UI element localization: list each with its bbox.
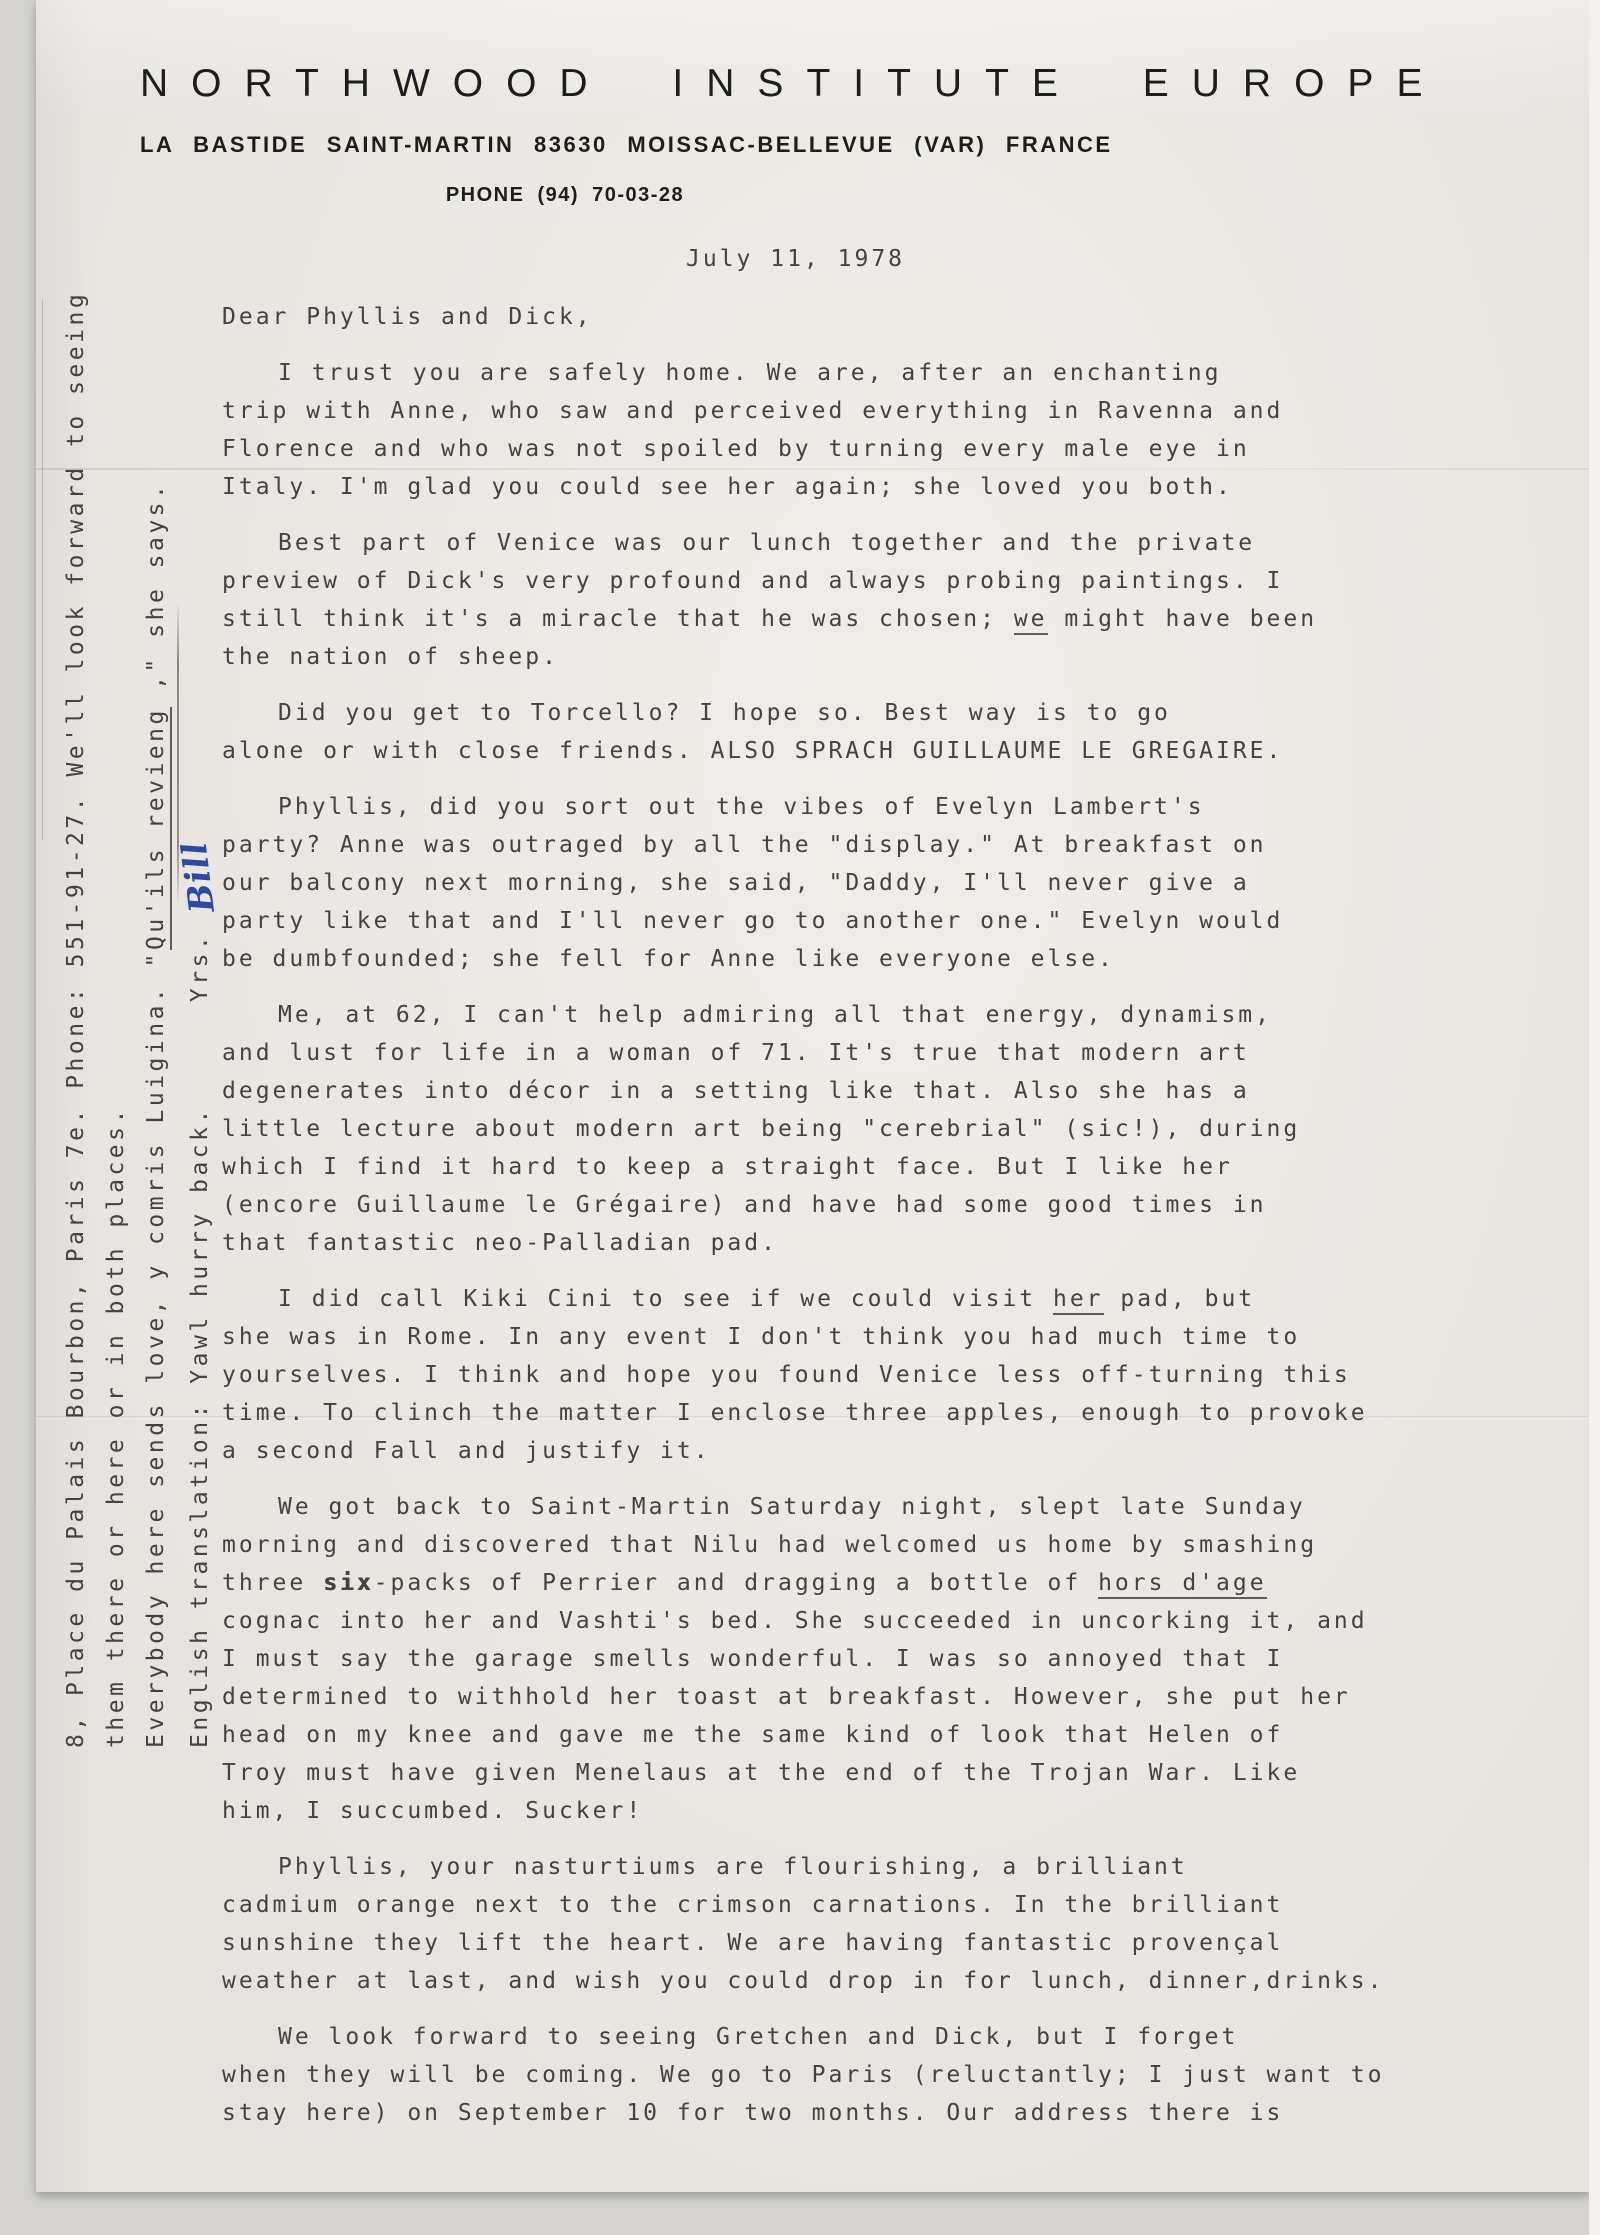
letter-line: We look forward to seeing Gretchen and D… [222,2018,1552,2056]
letter-line: which I find it hard to keep a straight … [222,1148,1552,1186]
letter-line: Best part of Venice was our lunch togeth… [222,524,1552,562]
letter-body: Dear Phyllis and Dick, I trust you are s… [222,298,1552,2132]
paragraph: Me, at 62, I can't help admiring all tha… [222,996,1552,1262]
letterhead: NORTHWOOD INSTITUTE EUROPE LA BASTIDE SA… [140,62,990,207]
letter-line: trip with Anne, who saw and perceived ev… [222,392,1552,430]
letter-line: that fantastic neo-Palladian pad. [222,1224,1552,1262]
letter-line: We got back to Saint-Martin Saturday nig… [222,1488,1552,1526]
handwritten-signature: Bill [175,839,223,915]
letter-line: determined to withhold her toast at brea… [222,1678,1552,1716]
paragraph: Did you get to Torcello? I hope so. Best… [222,694,1552,770]
salutation: Dear Phyllis and Dick, [222,298,1552,336]
paragraph: Phyllis, did you sort out the vibes of E… [222,788,1552,978]
letter-line: Florence and who was not spoiled by turn… [222,430,1552,468]
letter-line: preview of Dick's very profound and alwa… [222,562,1552,600]
letter-line: him, I succumbed. Sucker! [222,1792,1552,1830]
letter-line: cognac into her and Vashti's bed. She su… [222,1602,1552,1640]
letter-line: be dumbfounded; she fell for Anne like e… [222,940,1552,978]
paragraph: I did call Kiki Cini to see if we could … [222,1280,1552,1470]
letter-line: still think it's a miracle that he was c… [222,600,1552,638]
letter-line: a second Fall and justify it. [222,1432,1552,1470]
letter-line: Italy. I'm glad you could see her again;… [222,468,1552,506]
letter-line: degenerates into décor in a setting like… [222,1072,1552,1110]
letter-line: I must say the garage smells wonderful. … [222,1640,1552,1678]
letter-line: morning and discovered that Nilu had wel… [222,1526,1552,1564]
letter-line: Me, at 62, I can't help admiring all tha… [222,996,1552,1034]
paragraph: We got back to Saint-Martin Saturday nig… [222,1488,1552,1830]
paragraph: Phyllis, your nasturtiums are flourishin… [222,1848,1552,2000]
letter-line: cadmium orange next to the crimson carna… [222,1886,1552,1924]
letter-line: stay here) on September 10 for two month… [222,2094,1552,2132]
letter-line: she was in Rome. In any event I don't th… [222,1318,1552,1356]
letter-line: I trust you are safely home. We are, aft… [222,354,1552,392]
paragraph: I trust you are safely home. We are, aft… [222,354,1552,506]
paper-right-edge [1589,0,1600,2235]
letter-line: I did call Kiki Cini to see if we could … [222,1280,1552,1318]
letter-line: Did you get to Torcello? I hope so. Best… [222,694,1552,732]
letter-scan: { "letterhead": { "org_name": "NORTHWOOD… [0,0,1600,2235]
letter-line: sunshine they lift the heart. We are hav… [222,1924,1552,1962]
letter-line: head on my knee and gave me the same kin… [222,1716,1552,1754]
letter-line: Phyllis, your nasturtiums are flourishin… [222,1848,1552,1886]
margin-note: 8, Place du Palais Bourbon, Paris 7e. Ph… [56,203,220,1748]
letter-line: our balcony next morning, she said, "Dad… [222,864,1552,902]
letter-date: July 11, 1978 [686,246,905,272]
organization-name: NORTHWOOD INSTITUTE EUROPE [140,62,990,106]
letter-line: Troy must have given Menelaus at the end… [222,1754,1552,1792]
paragraph: Best part of Venice was our lunch togeth… [222,524,1552,676]
paragraph: We look forward to seeing Gretchen and D… [222,2018,1552,2132]
letterhead-address: LA BASTIDE SAINT-MARTIN 83630 MOISSAC-BE… [140,132,990,158]
letter-line: the nation of sheep. [222,638,1552,676]
letter-line: time. To clinch the matter I enclose thr… [222,1394,1552,1432]
letter-line: Everybody here sends love, y comris Luig… [136,203,176,1748]
letter-line: English translation: Yawl hurry back. Yr… [176,203,220,1748]
left-edge-crease [42,300,43,840]
letter-line: party like that and I'll never go to ano… [222,902,1552,940]
margin-note-lines: 8, Place du Palais Bourbon, Paris 7e. Ph… [56,203,220,1748]
letter-line: and lust for life in a woman of 71. It's… [222,1034,1552,1072]
letter-line: party? Anne was outraged by all the "dis… [222,826,1552,864]
letter-paragraphs: I trust you are safely home. We are, aft… [222,354,1552,2132]
letter-line: yourselves. I think and hope you found V… [222,1356,1552,1394]
letter-line: alone or with close friends. ALSO SPRACH… [222,732,1552,770]
letter-line: 8, Place du Palais Bourbon, Paris 7e. Ph… [56,203,96,1748]
letter-line: them there or here or in both places. [96,203,136,1748]
letter-line: weather at last, and wish you could drop… [222,1962,1552,2000]
letterhead-phone: PHONE (94) 70-03-28 [140,184,990,207]
letter-line: Phyllis, did you sort out the vibes of E… [222,788,1552,826]
letter-line: little lecture about modern art being "c… [222,1110,1552,1148]
letter-line: when they will be coming. We go to Paris… [222,2056,1552,2094]
letter-line: (encore Guillaume le Grégaire) and have … [222,1186,1552,1224]
letter-line: three six-packs of Perrier and dragging … [222,1564,1552,1602]
